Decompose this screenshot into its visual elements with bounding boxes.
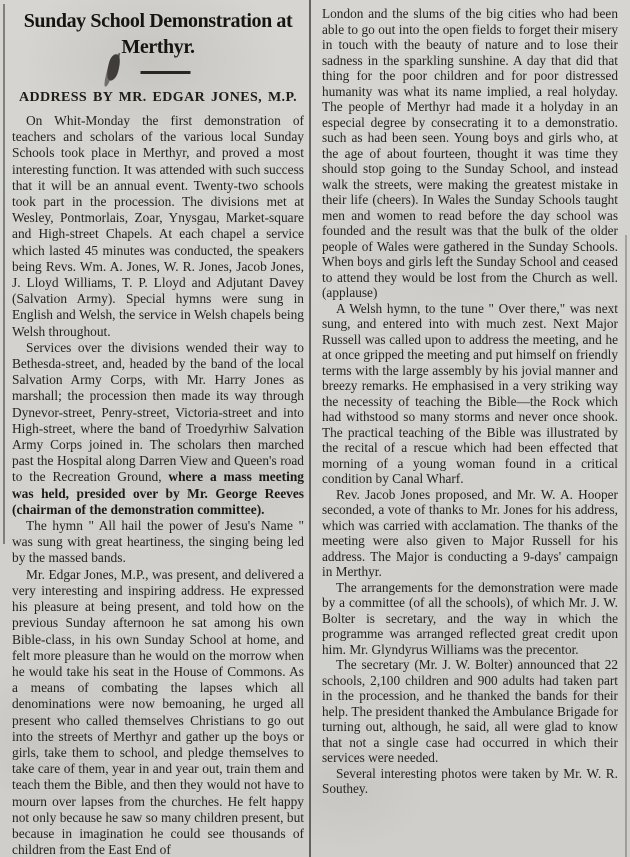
right-edge-column-rule bbox=[625, 235, 627, 857]
headline-line-1: Sunday School Demonstration at bbox=[12, 8, 304, 34]
article-paragraph-right-3: Rev. Jacob Jones proposed, and Mr. W. A.… bbox=[322, 487, 618, 580]
paragraph-lead-text: Services over the divisions wended their… bbox=[12, 340, 304, 485]
article-paragraph-right-1: London and the slums of the big cities w… bbox=[322, 6, 618, 301]
headline-divider-rule bbox=[141, 71, 191, 74]
right-column: London and the slums of the big cities w… bbox=[322, 6, 618, 797]
subheadline: ADDRESS BY MR. EDGAR JONES, M.P. bbox=[12, 90, 304, 106]
article-paragraph-right-6: Several interesting photos were taken by… bbox=[322, 766, 618, 797]
left-column: Sunday School Demonstration at Merthyr. … bbox=[12, 6, 304, 857]
center-column-rule bbox=[309, 0, 311, 857]
article-paragraph-right-2: A Welsh hymn, to the tune " Over there,"… bbox=[322, 301, 618, 487]
article-paragraph-left-4: Mr. Edgar Jones, M.P., was present, and … bbox=[12, 567, 304, 857]
article-paragraph-right-5: The secretary (Mr. J. W. Bolter) announc… bbox=[322, 657, 618, 766]
left-edge-column-rule bbox=[3, 4, 5, 544]
headline-ornament-row bbox=[12, 64, 304, 88]
article-paragraph-left-1: On Whit-Monday the first demonstration o… bbox=[12, 113, 304, 340]
headline: Sunday School Demonstration at Merthyr. bbox=[12, 8, 304, 60]
article-paragraph-right-4: The arrangements for the demonstration w… bbox=[322, 580, 618, 658]
headline-line-2: Merthyr. bbox=[12, 34, 304, 60]
newspaper-clipping-page: Sunday School Demonstration at Merthyr. … bbox=[0, 0, 630, 857]
article-paragraph-left-3: The hymn " All hail the power of Jesu's … bbox=[12, 518, 304, 567]
article-paragraph-left-2: Services over the divisions wended their… bbox=[12, 340, 304, 518]
